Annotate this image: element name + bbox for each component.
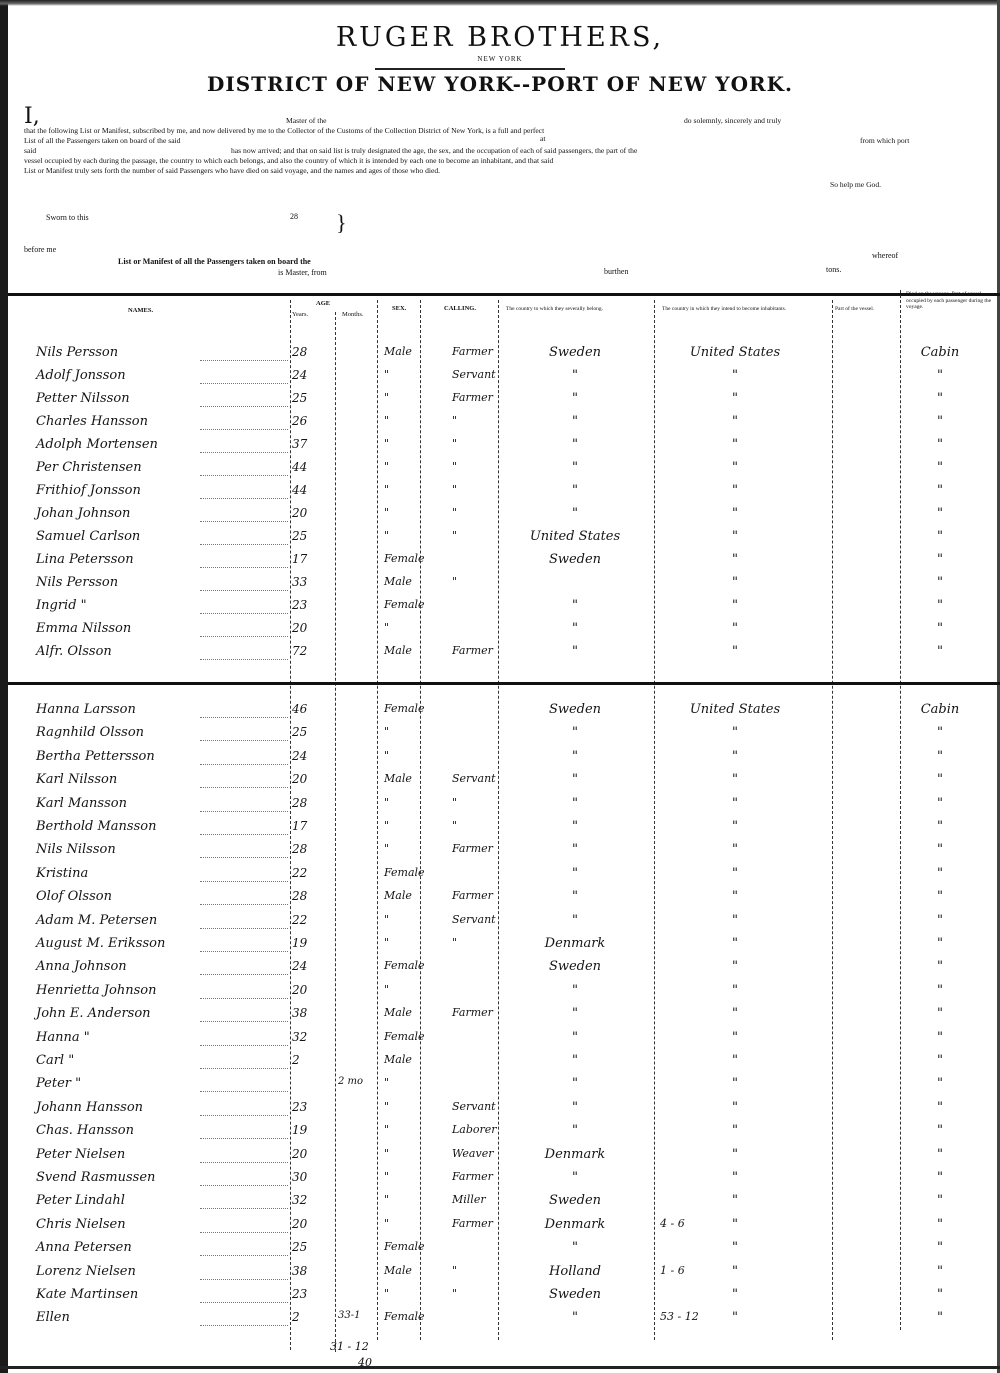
passenger-cabin: " [910, 506, 970, 521]
passenger-name: Henrietta Johnson [36, 983, 156, 998]
so-help-me-god: So help me God. [830, 180, 881, 190]
passenger-age: 28 [292, 842, 332, 856]
passenger-country: " [510, 644, 640, 659]
passenger-intended-country: United States [660, 702, 810, 717]
passenger-country: " [510, 1100, 640, 1115]
passenger-sex: " [384, 725, 389, 738]
passenger-intended-country: " [660, 1287, 810, 1302]
passenger-country: Sweden [510, 1287, 640, 1302]
passenger-name: Karl Nilsson [36, 772, 117, 787]
passenger-cabin: Cabin [910, 702, 970, 717]
passenger-sex: Male [384, 575, 412, 588]
passenger-cabin: " [910, 1193, 970, 1208]
leader-dots [200, 360, 288, 361]
passenger-intended-country: " [660, 391, 810, 406]
passenger-country: " [510, 889, 640, 904]
passenger-name: Petter Nilsson [36, 391, 130, 406]
district-title: DISTRICT OF NEW YORK--PORT OF NEW YORK. [0, 72, 1000, 96]
passenger-country: " [510, 368, 640, 383]
table-row: Samuel Carlson25""United States"" [0, 529, 1000, 551]
passenger-name: Anna Johnson [36, 959, 127, 974]
passenger-intended-country: " [660, 1100, 810, 1115]
passenger-occupation: " [452, 1287, 457, 1300]
table-row: Nils Persson28MaleFarmerSwedenUnited Sta… [0, 345, 1000, 367]
leader-dots [200, 636, 288, 637]
leader-dots [200, 659, 288, 660]
passenger-occupation: Farmer [452, 889, 493, 902]
passenger-name: Adolf Jonsson [36, 368, 126, 383]
passenger-intended-country: " [660, 1076, 810, 1091]
table-row: Ragnhild Olsson25"""" [0, 725, 1000, 747]
passenger-age: 25 [292, 725, 332, 739]
passenger-age: 24 [292, 749, 332, 763]
passenger-name: Nils Persson [36, 575, 118, 590]
col-age-months: Months. [342, 311, 364, 319]
table-row: Lina Petersson17FemaleSweden"" [0, 552, 1000, 574]
passenger-occupation: Servant [452, 772, 496, 785]
passenger-age: 26 [292, 414, 332, 428]
passenger-name: Per Christensen [36, 460, 142, 475]
table-row: Petter Nilsson25"Farmer""" [0, 391, 1000, 413]
passenger-age: 20 [292, 621, 332, 635]
passenger-intended-country: " [660, 866, 810, 881]
passenger-cabin: " [910, 772, 970, 787]
table-row: Nils Persson33Male""" [0, 575, 1000, 597]
passenger-cabin: " [910, 1170, 970, 1185]
passenger-sex: Male [384, 1006, 412, 1019]
passenger-occupation: " [452, 437, 457, 450]
passenger-country: " [510, 1053, 640, 1068]
passenger-cabin: " [910, 1240, 970, 1255]
passenger-age: 28 [292, 345, 332, 359]
passenger-name: Emma Nilsson [36, 621, 131, 636]
passenger-age: 19 [292, 936, 332, 950]
passenger-country: " [510, 1170, 640, 1185]
passenger-name: Adam M. Petersen [36, 913, 157, 928]
leader-dots [200, 881, 288, 882]
passenger-name: Peter " [36, 1076, 81, 1091]
table-row: Carl "2Male""" [0, 1053, 1000, 1075]
table-row: Emma Nilsson20"""" [0, 621, 1000, 643]
passenger-age: 19 [292, 1123, 332, 1137]
passenger-country: " [510, 483, 640, 498]
passenger-cabin: " [910, 621, 970, 636]
table-row: Ingrid "23Female""" [0, 598, 1000, 620]
passenger-name: Kate Martinsen [36, 1287, 138, 1302]
leader-dots [200, 1255, 288, 1256]
passenger-tally: 53 - 12 [660, 1310, 699, 1323]
passenger-intended-country: " [660, 529, 810, 544]
oath-line-2: List of all the Passengers taken on boar… [24, 136, 180, 146]
passenger-occupation: " [452, 936, 457, 949]
passenger-age: 28 [292, 796, 332, 810]
passenger-age: 25 [292, 529, 332, 543]
table-row: Frithiof Jonsson44""""" [0, 483, 1000, 505]
passenger-intended-country: " [660, 842, 810, 857]
passenger-age: 24 [292, 959, 332, 973]
passenger-cabin: " [910, 460, 970, 475]
passenger-cabin: " [910, 889, 970, 904]
passenger-intended-country: " [660, 772, 810, 787]
col-age-years: Years. [292, 311, 308, 319]
passenger-sex: " [384, 1123, 389, 1136]
passenger-intended-country: " [660, 1053, 810, 1068]
passenger-age: 20 [292, 772, 332, 786]
passenger-cabin: " [910, 1217, 970, 1232]
passenger-name: Samuel Carlson [36, 529, 140, 544]
passenger-months: 2 mo [338, 1076, 363, 1087]
page-bottom-rule [0, 1366, 1000, 1369]
passenger-country: " [510, 819, 640, 834]
passenger-cabin: " [910, 529, 970, 544]
passenger-sex: " [384, 460, 389, 473]
passenger-country: " [510, 1030, 640, 1045]
passenger-sex: Female [384, 702, 425, 715]
passenger-intended-country: " [660, 1240, 810, 1255]
passenger-cabin: " [910, 1100, 970, 1115]
passenger-sex: Male [384, 345, 412, 358]
passenger-name: Ellen [36, 1310, 70, 1325]
passenger-intended-country: " [660, 368, 810, 383]
col-calling: CALLING. [444, 305, 476, 313]
list-title: List or Manifest of all the Passengers t… [118, 257, 311, 266]
passenger-sex: Female [384, 552, 425, 565]
passenger-name: Nils Persson [36, 345, 118, 360]
table-row: John E. Anderson38MaleFarmer""" [0, 1006, 1000, 1028]
table-row: Hanna Larsson46FemaleSwedenUnited States… [0, 702, 1000, 724]
table-row: Olof Olsson28MaleFarmer""" [0, 889, 1000, 911]
passenger-country: Holland [510, 1264, 640, 1279]
passenger-age: 38 [292, 1006, 332, 1020]
passenger-intended-country: " [660, 460, 810, 475]
passenger-age: 20 [292, 1217, 332, 1231]
passenger-country: United States [510, 529, 640, 544]
passenger-sex: " [384, 368, 389, 381]
passenger-intended-country: " [660, 749, 810, 764]
passenger-cabin: " [910, 866, 970, 881]
passenger-name: Lina Petersson [36, 552, 134, 567]
passenger-country: " [510, 772, 640, 787]
passenger-sex: " [384, 483, 389, 496]
passenger-cabin: " [910, 598, 970, 613]
passenger-cabin: " [910, 483, 970, 498]
passenger-name: Carl " [36, 1053, 74, 1068]
passenger-age: 23 [292, 598, 332, 612]
passenger-sex: " [384, 621, 389, 634]
passenger-country: " [510, 913, 640, 928]
passenger-country: " [510, 414, 640, 429]
master-of-label: Master of the [286, 116, 327, 126]
passenger-age: 25 [292, 1240, 332, 1254]
passenger-name: Ragnhild Olsson [36, 725, 144, 740]
passenger-occupation: Servant [452, 913, 496, 926]
passenger-country: " [510, 983, 640, 998]
leader-dots [200, 764, 288, 765]
passenger-sex: " [384, 529, 389, 542]
passenger-country: Sweden [510, 345, 640, 360]
col-names: NAMES. [128, 307, 153, 315]
passenger-intended-country: " [660, 889, 810, 904]
table-row: August M. Eriksson19""Denmark"" [0, 936, 1000, 958]
passenger-occupation: " [452, 819, 457, 832]
passenger-occupation: " [452, 460, 457, 473]
passenger-sex: " [384, 1100, 389, 1113]
passenger-age: 23 [292, 1100, 332, 1114]
passenger-cabin: " [910, 644, 970, 659]
passenger-occupation: " [452, 1264, 457, 1277]
passenger-cabin: " [910, 1287, 970, 1302]
leader-dots [200, 1185, 288, 1186]
passenger-age: 23 [292, 1287, 332, 1301]
leader-dots [200, 811, 288, 812]
passenger-occupation: " [452, 575, 457, 588]
passenger-country: " [510, 437, 640, 452]
oath-line-3: has now arrived; and that on said list i… [231, 146, 637, 156]
passenger-name: Adolph Mortensen [36, 437, 158, 452]
passenger-cabin: " [910, 796, 970, 811]
passenger-sex: Male [384, 1053, 412, 1066]
passenger-name: Peter Nielsen [36, 1147, 125, 1162]
leader-dots [200, 928, 288, 929]
passenger-sex: " [384, 391, 389, 404]
passenger-name: Anna Petersen [36, 1240, 132, 1255]
passenger-occupation: " [452, 796, 457, 809]
table-row: Hanna "32Female""" [0, 1030, 1000, 1052]
passenger-country: Sweden [510, 1193, 640, 1208]
table-row: Bertha Pettersson24"""" [0, 749, 1000, 771]
leader-dots [200, 717, 288, 718]
passenger-name: Nils Nilsson [36, 842, 116, 857]
table-row: Anna Petersen25Female""" [0, 1240, 1000, 1262]
passenger-intended-country: " [660, 983, 810, 998]
passenger-country: " [510, 1240, 640, 1255]
passenger-name: Bertha Pettersson [36, 749, 155, 764]
table-row: Chas. Hansson19"Laborer""" [0, 1123, 1000, 1145]
passenger-name: Olof Olsson [36, 889, 112, 904]
passenger-age: 37 [292, 437, 332, 451]
passenger-sex: " [384, 414, 389, 427]
passenger-age: 25 [292, 391, 332, 405]
col-died: Died on the voyage. Part of vessel occup… [906, 291, 996, 311]
passenger-cabin: " [910, 913, 970, 928]
passenger-intended-country: " [660, 506, 810, 521]
subtotal-tally: 31 - 12 [330, 1340, 369, 1353]
passenger-cabin: " [910, 819, 970, 834]
col-country-intend: The country in which they intend to beco… [662, 305, 786, 313]
passenger-occupation: " [452, 506, 457, 519]
passenger-country: Denmark [510, 1147, 640, 1162]
passenger-intended-country: " [660, 936, 810, 951]
table-row: Kristina22Female""" [0, 866, 1000, 888]
passenger-sex: " [384, 437, 389, 450]
passenger-name: Lorenz Nielsen [36, 1264, 136, 1279]
passenger-intended-country: " [660, 575, 810, 590]
passenger-cabin: " [910, 936, 970, 951]
leader-dots [200, 1302, 288, 1303]
passenger-cabin: " [910, 414, 970, 429]
before-me-label: before me [24, 245, 56, 254]
passenger-name: Svend Rasmussen [36, 1170, 155, 1185]
firm-city: NEW YORK [0, 55, 1000, 63]
passenger-cabin: " [910, 1006, 970, 1021]
passenger-cabin: " [910, 1053, 970, 1068]
passenger-country: " [510, 1006, 640, 1021]
passenger-name: Hanna Larsson [36, 702, 136, 717]
passenger-country: " [510, 749, 640, 764]
passenger-sex: " [384, 506, 389, 519]
table-row: Johann Hansson23"Servant""" [0, 1100, 1000, 1122]
passenger-occupation: " [452, 414, 457, 427]
leader-dots [200, 383, 288, 384]
passenger-name: Hanna " [36, 1030, 90, 1045]
passenger-occupation: Servant [452, 1100, 496, 1113]
solemn-label: do solemnly, sincerely and truly [684, 116, 781, 126]
passenger-age: 17 [292, 819, 332, 833]
passenger-cabin: " [910, 959, 970, 974]
passenger-name: Chas. Hansson [36, 1123, 134, 1138]
passenger-name: Karl Mansson [36, 796, 127, 811]
passenger-sex: Male [384, 772, 412, 785]
leader-dots [200, 1091, 288, 1092]
col-sex: SEX. [392, 305, 406, 313]
leader-dots [200, 521, 288, 522]
burthen-label: burthen [604, 267, 628, 276]
passenger-name: Ingrid " [36, 598, 87, 613]
section-divider [8, 682, 1000, 685]
passenger-intended-country: " [660, 414, 810, 429]
passenger-name: Chris Nielsen [36, 1217, 126, 1232]
passenger-age: 22 [292, 866, 332, 880]
leader-dots [200, 1232, 288, 1233]
passenger-country: " [510, 460, 640, 475]
passenger-sex: " [384, 1076, 389, 1089]
leader-dots [200, 406, 288, 407]
table-row: Lorenz Nielsen38Male"Holland""1 - 6 [0, 1264, 1000, 1286]
leader-dots [200, 429, 288, 430]
passenger-cabin: " [910, 1076, 970, 1091]
leader-dots [200, 904, 288, 905]
passenger-intended-country: " [660, 644, 810, 659]
passenger-sex: Female [384, 959, 425, 972]
passenger-sex: " [384, 913, 389, 926]
passenger-name: Kristina [36, 866, 88, 881]
table-row: Peter Lindahl32"MillerSweden"" [0, 1193, 1000, 1215]
passenger-intended-country: " [660, 1123, 810, 1138]
passenger-name: Peter Lindahl [36, 1193, 125, 1208]
passenger-sex: Male [384, 1264, 412, 1277]
leader-dots [200, 590, 288, 591]
passenger-occupation: Farmer [452, 644, 493, 657]
passenger-intended-country: " [660, 1030, 810, 1045]
passenger-intended-country: " [660, 913, 810, 928]
passenger-sex: " [384, 936, 389, 949]
passenger-sex: Female [384, 1310, 425, 1323]
passenger-age: 38 [292, 1264, 332, 1278]
passenger-country: " [510, 866, 640, 881]
passenger-occupation: Servant [452, 368, 496, 381]
table-row: Svend Rasmussen30"Farmer""" [0, 1170, 1000, 1192]
leader-dots [200, 1021, 288, 1022]
passenger-intended-country: " [660, 725, 810, 740]
passenger-occupation: Farmer [452, 1170, 493, 1183]
passenger-country: Sweden [510, 702, 640, 717]
passenger-country: Sweden [510, 552, 640, 567]
passenger-cabin: " [910, 391, 970, 406]
table-row: Adolf Jonsson24"Servant""" [0, 368, 1000, 390]
passenger-age: 44 [292, 483, 332, 497]
passenger-intended-country: United States [660, 345, 810, 360]
passenger-name: Charles Hansson [36, 414, 148, 429]
col-country-belong: The country to which they severally belo… [506, 305, 603, 313]
leader-dots [200, 1045, 288, 1046]
passenger-occupation: Weaver [452, 1147, 493, 1160]
oath-line-4: vessel occupied by each during the passa… [24, 156, 553, 166]
passenger-tally: 4 - 6 [660, 1217, 685, 1230]
passenger-age: 44 [292, 460, 332, 474]
passenger-intended-country: " [660, 959, 810, 974]
passenger-age: 33 [292, 575, 332, 589]
passenger-sex: " [384, 842, 389, 855]
passenger-intended-country: " [660, 483, 810, 498]
passenger-country: Denmark [510, 1217, 640, 1232]
passenger-sex: " [384, 1193, 389, 1206]
passenger-age: 2 [292, 1053, 332, 1067]
leader-dots [200, 974, 288, 975]
passenger-intended-country: " [660, 1147, 810, 1162]
table-top-rule [8, 293, 1000, 296]
firm-divider [375, 68, 565, 70]
passenger-intended-country: " [660, 1193, 810, 1208]
passenger-cabin: Cabin [910, 345, 970, 360]
passenger-intended-country: " [660, 621, 810, 636]
table-row: Johan Johnson20""""" [0, 506, 1000, 528]
passenger-name: August M. Eriksson [36, 936, 165, 951]
list-master-label: is Master, from [278, 268, 327, 277]
passenger-age: 2 [292, 1310, 332, 1324]
passenger-name: Berthold Mansson [36, 819, 156, 834]
passenger-cabin: " [910, 983, 970, 998]
table-row: Peter """""2 mo [0, 1076, 1000, 1098]
passenger-intended-country: " [660, 796, 810, 811]
passenger-intended-country: " [660, 552, 810, 567]
table-row: Karl Nilsson20MaleServant""" [0, 772, 1000, 794]
passenger-occupation: Laborer [452, 1123, 497, 1136]
passenger-occupation: Farmer [452, 1217, 493, 1230]
leader-dots [200, 1325, 288, 1326]
passenger-country: " [510, 1076, 640, 1091]
passenger-name: John E. Anderson [36, 1006, 151, 1021]
passenger-occupation: " [452, 483, 457, 496]
oath-line-1: that the following List or Manifest, sub… [24, 126, 544, 136]
leader-dots [200, 740, 288, 741]
table-row: Chris Nielsen20"FarmerDenmark""4 - 6 [0, 1217, 1000, 1239]
table-row: Karl Mansson28""""" [0, 796, 1000, 818]
passenger-age: 28 [292, 889, 332, 903]
passenger-sex: " [384, 983, 389, 996]
passenger-age: 20 [292, 1147, 332, 1161]
passenger-cabin: " [910, 1147, 970, 1162]
col-age: AGE [316, 300, 330, 308]
passenger-occupation: " [452, 529, 457, 542]
oath-said: said [24, 146, 36, 156]
passenger-intended-country: " [660, 819, 810, 834]
brace: } [336, 210, 347, 236]
leader-dots [200, 613, 288, 614]
passenger-country: " [510, 842, 640, 857]
passenger-occupation: Farmer [452, 391, 493, 404]
passenger-sex: " [384, 749, 389, 762]
leader-dots [200, 857, 288, 858]
